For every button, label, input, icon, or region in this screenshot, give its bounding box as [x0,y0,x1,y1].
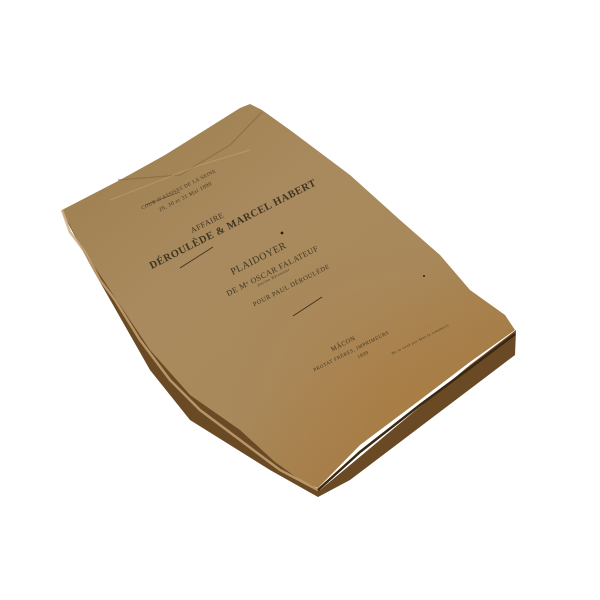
book-body [62,104,516,497]
pamphlet-photo [0,0,600,600]
ink-dot [281,232,284,235]
